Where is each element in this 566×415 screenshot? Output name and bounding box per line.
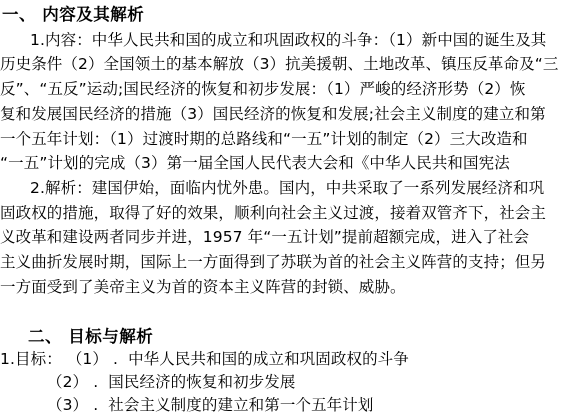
goals-list: 1.目标： （1） . 中华人民共和国的成立和巩固政权的斗争 （2） . 国民经… bbox=[0, 348, 566, 415]
section2-heading: 二、 目标与解析 bbox=[0, 325, 566, 348]
section-goals-analysis: 二、 目标与解析 1.目标： （1） . 中华人民共和国的成立和巩固政权的斗争 … bbox=[0, 325, 566, 415]
text-line: 义改革和建设两者同步并进，1957 年“一五计划”提前超额完成，进入了社会 bbox=[0, 225, 566, 250]
paragraph-analysis: 2.解析：建国伊始，面临内忧外患。国内，中共采取了一系列发展经济和巩 固政权的措… bbox=[0, 176, 566, 300]
text-line: 2.解析：建国伊始，面临内忧外患。国内，中共采取了一系列发展经济和巩 bbox=[0, 176, 566, 201]
goal-item: 1.目标： （1） . 中华人民共和国的成立和巩固政权的斗争 bbox=[0, 348, 566, 371]
paragraph-content: 1.内容：中华人民共和国的成立和巩固政权的斗争：（1）新中国的诞生及其 历史条件… bbox=[0, 28, 566, 176]
text-line: 固政权的措施，取得了好的效果，顺利向社会主义过渡，接着双管齐下，社会主 bbox=[0, 201, 566, 226]
text-line: 1.内容：中华人民共和国的成立和巩固政权的斗争：（1）新中国的诞生及其 bbox=[0, 28, 566, 53]
text-line: 历史条件（2）全国领土的基本解放（3）抗美援朝、土地改革、镇压反革命及“三 bbox=[0, 52, 566, 77]
text-line: “一五”计划的完成（3）第一届全国人民代表大会和《中华人民共和国宪法 bbox=[0, 151, 566, 176]
section-divider-space bbox=[0, 299, 566, 325]
goal-item: （3） . 社会主义制度的建立和第一个五年计划 bbox=[0, 394, 566, 415]
section-content-analysis: 一、 内容及其解析 1.内容：中华人民共和国的成立和巩固政权的斗争：（1）新中国… bbox=[0, 0, 566, 299]
text-line: 反”、“五反”运动;国民经济的恢复和初步发展：（1）严峻的经济形势（2）恢 bbox=[0, 77, 566, 102]
goal-item: （2） . 国民经济的恢复和初步发展 bbox=[0, 371, 566, 394]
text-line: 一个五年计划：（1）过渡时期的总路线和“一五”计划的制定（2）三大改造和 bbox=[0, 127, 566, 152]
document-page: 一、 内容及其解析 1.内容：中华人民共和国的成立和巩固政权的斗争：（1）新中国… bbox=[0, 0, 566, 415]
text-line: 主义曲折发展时期，国际上一方面得到了苏联为首的社会主义阵营的支持；但另 bbox=[0, 250, 566, 275]
section1-heading: 一、 内容及其解析 bbox=[0, 3, 566, 28]
text-line: 一方面受到了美帝主义为首的资本主义阵营的封锁、威胁。 bbox=[0, 275, 566, 300]
text-line: 复和发展国民经济的措施（3）国民经济的恢复和发展;社会主义制度的建立和第 bbox=[0, 102, 566, 127]
